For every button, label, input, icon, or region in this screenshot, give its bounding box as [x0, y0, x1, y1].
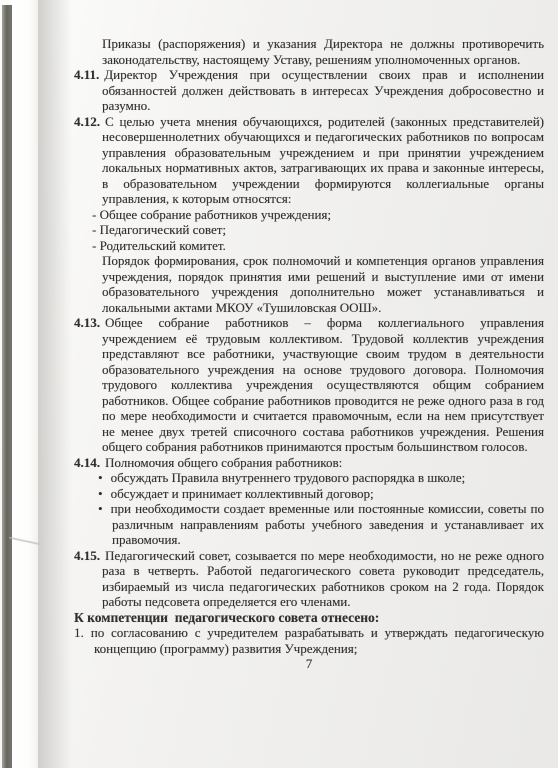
bullet-item: •обсуждает и принимает коллективный дого… [74, 486, 544, 502]
clause-number: 4.13. [74, 315, 100, 330]
scanned-page: Приказы (распоряжения) и указания Директ… [0, 0, 558, 768]
paragraph-4-15: 4.15.Педагогический совет, созывается по… [74, 548, 544, 610]
clause-number: 4.12. [74, 114, 100, 129]
fold-shadow [38, 0, 75, 768]
bullet-marker: • [98, 486, 103, 501]
bullet-item: •обсуждать Правила внутреннего трудового… [74, 470, 544, 486]
clause-number: 4.15. [74, 548, 100, 563]
dash-item-parent-committee: - Родительский комитет. [74, 238, 544, 254]
clause-text: С целью учета мнения обучающихся, родите… [102, 114, 544, 207]
paragraph-order-of-formation: Порядок формирования, срок полномочий и … [74, 253, 544, 315]
page-fold-edge [12, 0, 38, 768]
clause-text: Полномочия общего собрания работников: [105, 455, 342, 470]
binding-edge [2, 5, 12, 768]
competence-item-1: 1.по согласованию с учредителем разрабат… [74, 625, 544, 656]
paragraph-4-11: 4.11.Директор Учреждения при осуществлен… [74, 67, 544, 114]
paragraph-4-12: 4.12.С целью учета мнения обучающихся, р… [74, 114, 544, 207]
list-number: 1. [74, 625, 84, 640]
paragraph-intro: Приказы (распоряжения) и указания Директ… [74, 36, 544, 67]
clause-text: Педагогический совет, созывается по мере… [102, 548, 544, 610]
bullet-marker: • [98, 501, 103, 516]
clause-text: Общее собрание работников – форма коллег… [102, 315, 544, 454]
bullet-marker: • [98, 470, 103, 485]
section-heading: К компетенции педагогического совета отн… [74, 610, 544, 626]
dash-item-pedagogical-council: - Педагогический совет; [74, 222, 544, 238]
page-number: 7 [74, 656, 544, 672]
clause-text: Директор Учреждения при осуществлении св… [102, 67, 544, 113]
bullet-text: при необходимости создает временные или … [111, 501, 544, 547]
bullet-text: обсуждает и принимает коллективный догов… [111, 486, 374, 501]
page-content: Приказы (распоряжения) и указания Директ… [74, 36, 544, 672]
bullet-text: обсуждать Правила внутреннего трудового … [111, 470, 466, 485]
paragraph-4-13: 4.13.Общее собрание работников – форма к… [74, 315, 544, 455]
clause-number: 4.11. [74, 67, 99, 82]
dash-item-general-meeting: - Общее собрание работников учреждения; [74, 207, 544, 223]
bullet-item: •при необходимости создает временные или… [74, 501, 544, 548]
list-text: по согласованию с учредителем разрабатыв… [91, 625, 544, 656]
paragraph-4-14: 4.14.Полномочия общего собрания работник… [74, 455, 544, 471]
clause-number: 4.14. [74, 455, 100, 470]
